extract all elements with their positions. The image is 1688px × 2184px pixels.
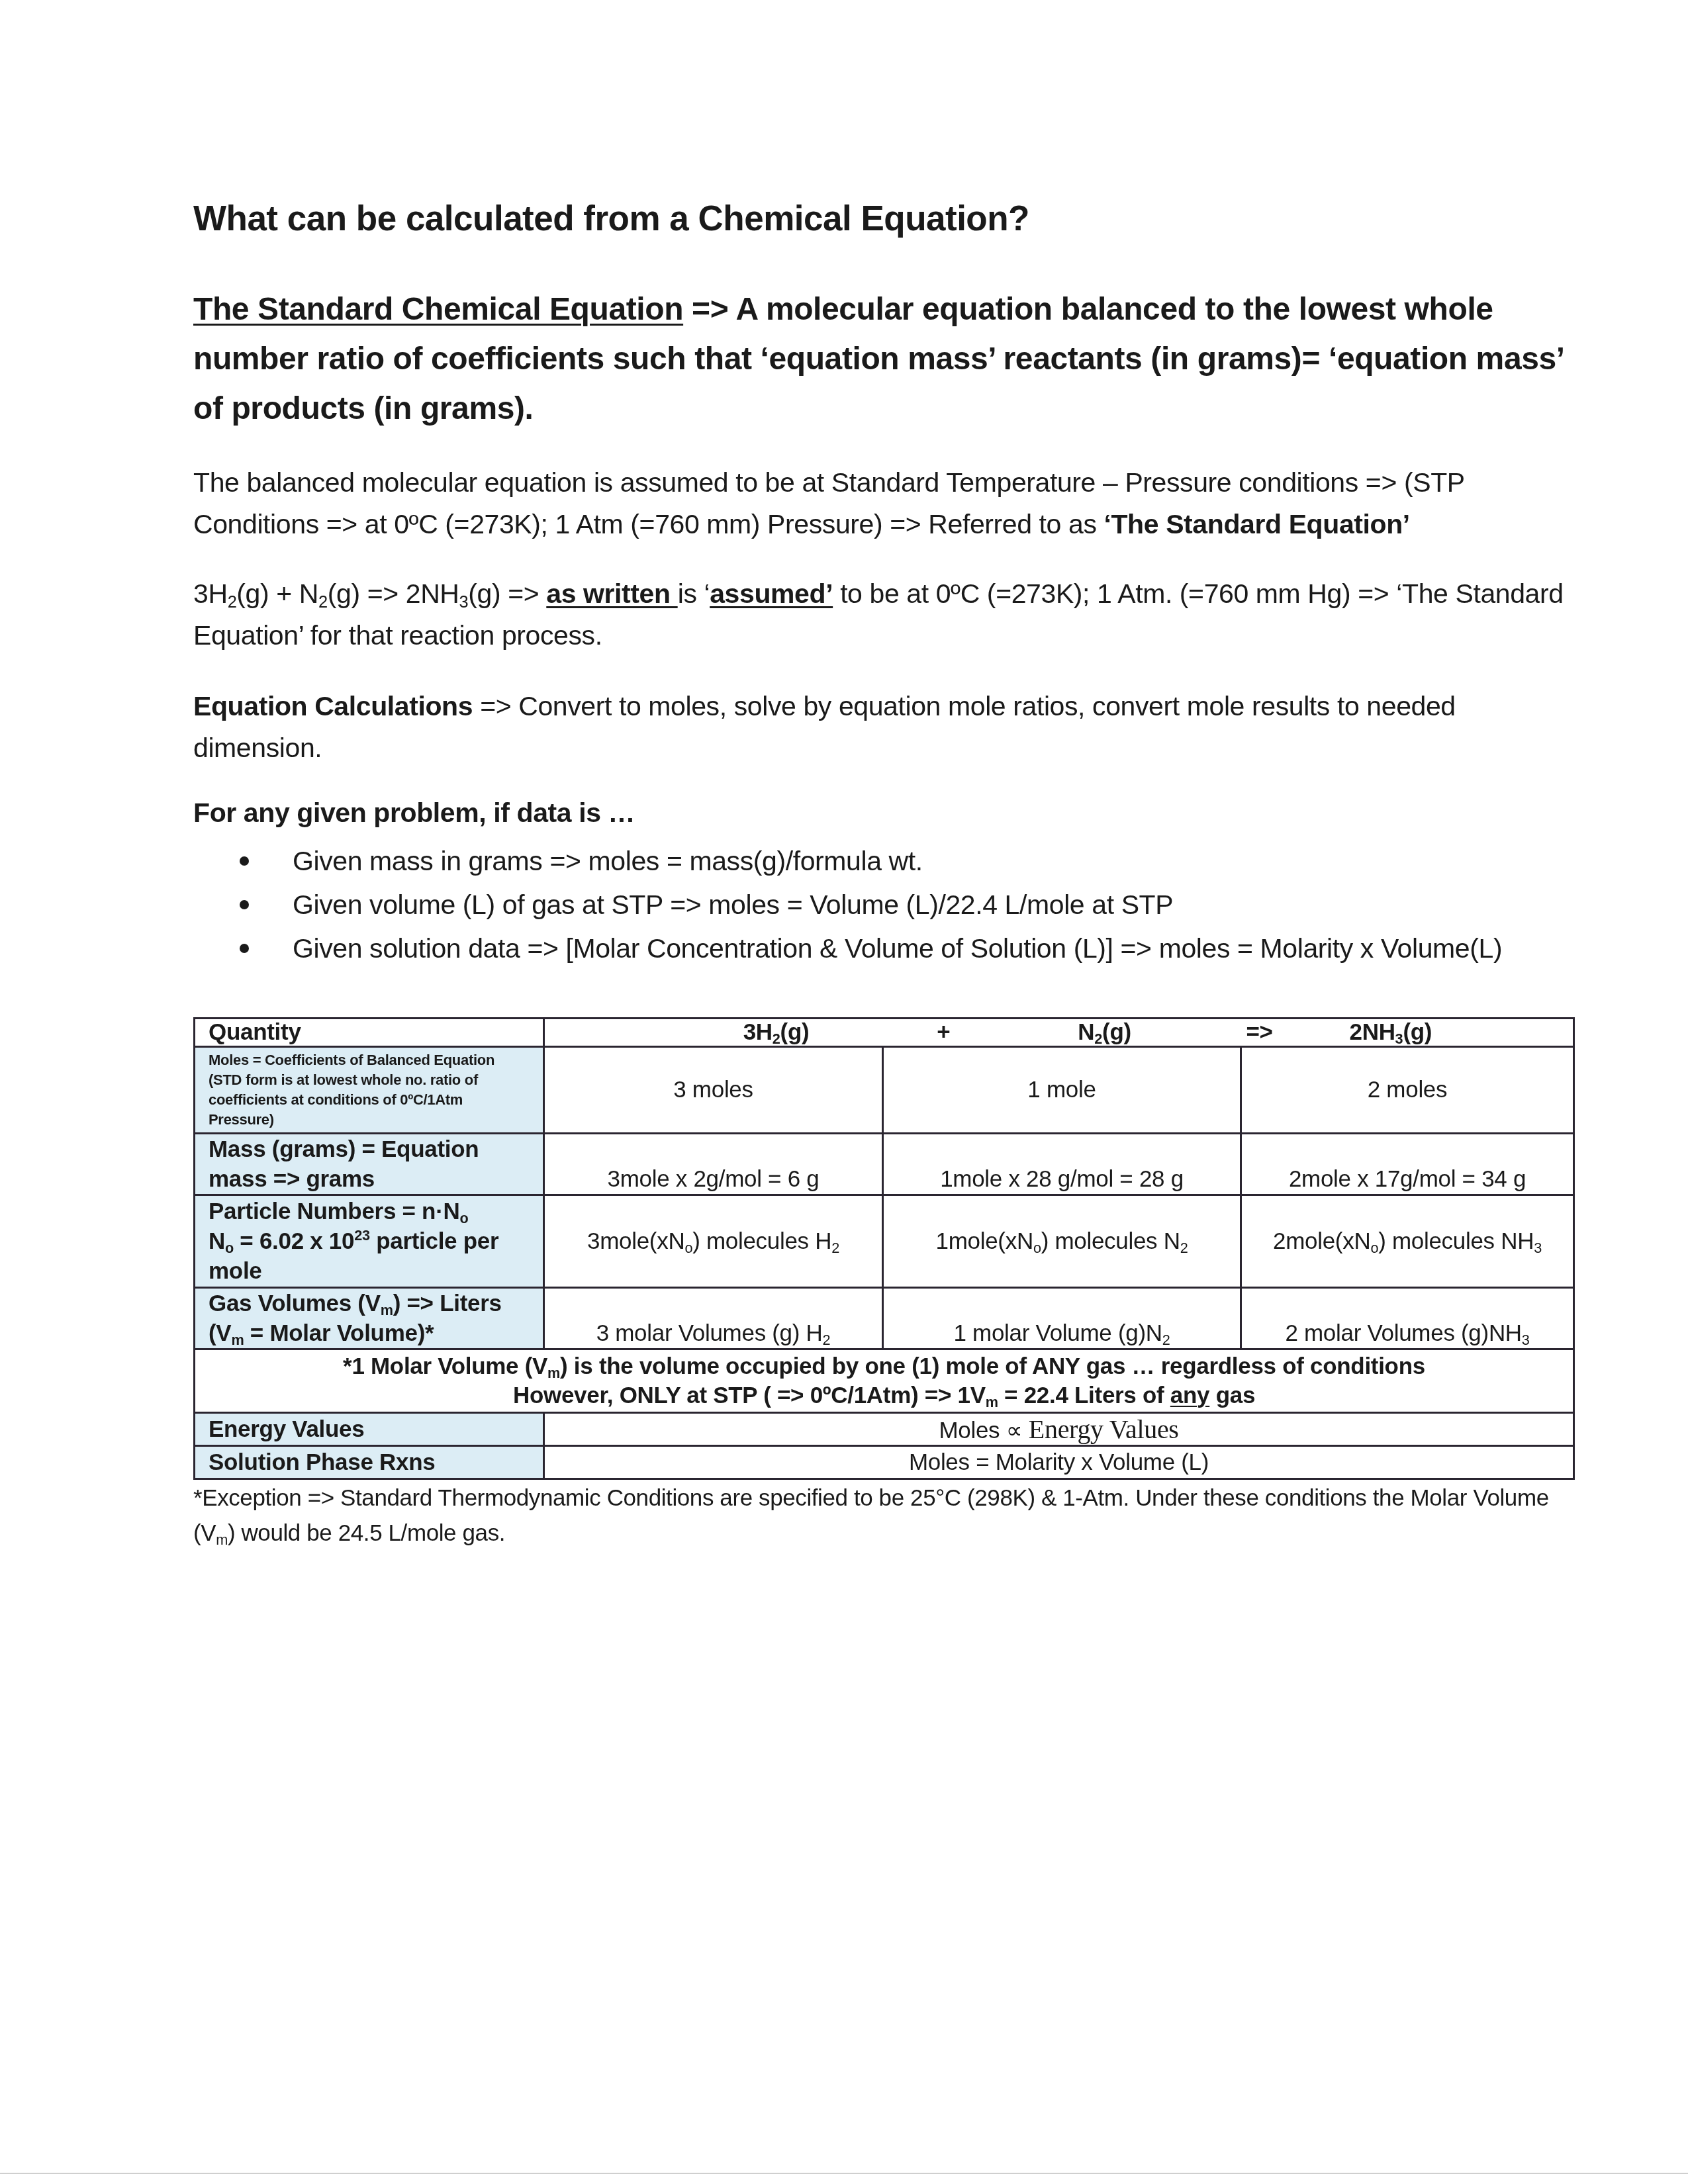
- cell-mass-nh3: 2mole x 17g/mol = 34 g: [1241, 1134, 1574, 1195]
- given-heading: For any given problem, if data is …: [193, 797, 635, 829]
- row-label-solution: Solution Phase Rxns: [195, 1446, 544, 1479]
- row-label-mass: Mass (grams) = Equation mass => grams: [195, 1134, 544, 1195]
- header-plus: +: [937, 1019, 950, 1046]
- cell-solution: Moles = Molarity x Volume (L): [544, 1446, 1574, 1479]
- bullet-icon: [240, 900, 249, 909]
- standard-equation-definition: The Standard Chemical Equation => A mole…: [193, 285, 1583, 433]
- cell-moles-h2: 3 moles: [544, 1047, 883, 1134]
- cell-moles-n2: 1 mole: [883, 1047, 1241, 1134]
- row-label-gas-volumes: Gas Volumes (Vm) => Liters (Vm = Molar V…: [195, 1288, 544, 1349]
- list-item-text: Given volume (L) of gas at STP => moles …: [293, 889, 1173, 920]
- cell-energy: Moles ∝ Energy Values: [544, 1413, 1574, 1446]
- exception-footnote: *Exception => Standard Thermodynamic Con…: [193, 1480, 1583, 1551]
- header-product-nh3: 2NH3(g): [1349, 1019, 1432, 1046]
- stp-paragraph: The balanced molecular equation is assum…: [193, 462, 1583, 545]
- bullet-icon: [240, 856, 249, 866]
- list-item: Given solution data => [Molar Concentrat…: [193, 927, 1502, 970]
- standard-equation-term: The Standard Chemical Equation: [193, 292, 683, 327]
- header-quantity: Quantity: [195, 1019, 544, 1047]
- as-written-emphasis: as written: [546, 578, 677, 609]
- table-row-mass: Mass (grams) = Equation mass => grams 3m…: [195, 1134, 1574, 1195]
- eq-text: (g) =>: [468, 578, 546, 609]
- cell-mass-n2: 1mole x 28 g/mol = 28 g: [883, 1134, 1241, 1195]
- table-row-gas-volumes: Gas Volumes (Vm) => Liters (Vm = Molar V…: [195, 1288, 1574, 1349]
- eq-text: 3H: [193, 578, 228, 609]
- cell-gas-nh3: 2 molar Volumes (g)NH3: [1241, 1288, 1574, 1349]
- list-item-text: Given mass in grams => moles = mass(g)/f…: [293, 846, 923, 876]
- stp-bold-tail: ‘The Standard Equation’: [1103, 509, 1409, 539]
- scan-edge-divider: [0, 2173, 1688, 2174]
- eq-subscript: 2: [318, 593, 328, 612]
- header-equation: 3H2(g) + N2(g) => 2NH3(g): [544, 1019, 1574, 1047]
- cell-particles-h2: 3mole(xNo) molecules H2: [544, 1195, 883, 1288]
- table-row-particles: Particle Numbers = n·NoNo = 6.02 x 1023 …: [195, 1195, 1574, 1288]
- page-title: What can be calculated from a Chemical E…: [193, 199, 1029, 239]
- list-item-text: Given solution data => [Molar Concentrat…: [293, 933, 1502, 964]
- cell-mass-h2: 3mole x 2g/mol = 6 g: [544, 1134, 883, 1195]
- example-paragraph: 3H2(g) + N2(g) => 2NH3(g) => as written …: [193, 573, 1583, 657]
- molar-volume-note: *1 Molar Volume (Vm) is the volume occup…: [195, 1349, 1574, 1413]
- row-label-energy: Energy Values: [195, 1413, 544, 1446]
- eq-text: (g) => 2NH: [328, 578, 459, 609]
- calculations-label: Equation Calculations: [193, 691, 473, 721]
- table-row-solution: Solution Phase Rxns Moles = Molarity x V…: [195, 1446, 1574, 1479]
- list-item: Given volume (L) of gas at STP => moles …: [193, 883, 1502, 927]
- table-row-energy: Energy Values Moles ∝ Energy Values: [195, 1413, 1574, 1446]
- calculations-paragraph: Equation Calculations => Convert to mole…: [193, 686, 1583, 769]
- row-label-moles: Moles = Coefficients of Balanced Equatio…: [195, 1047, 544, 1134]
- cell-gas-n2: 1 molar Volume (g)N2: [883, 1288, 1241, 1349]
- cell-particles-n2: 1mole(xNo) molecules N2: [883, 1195, 1241, 1288]
- eq-subscript: 2: [228, 593, 237, 612]
- list-item: Given mass in grams => moles = mass(g)/f…: [193, 839, 1502, 883]
- table-header-row: Quantity 3H2(g) + N2(g) => 2NH3(g): [195, 1019, 1574, 1047]
- eq-text: is ‘: [678, 578, 710, 609]
- row-label-particles: Particle Numbers = n·NoNo = 6.02 x 1023 …: [195, 1195, 544, 1288]
- table-row-molar-volume-note: *1 Molar Volume (Vm) is the volume occup…: [195, 1349, 1574, 1413]
- cell-gas-h2: 3 molar Volumes (g) H2: [544, 1288, 883, 1349]
- header-reactant-n2: N2(g): [1078, 1019, 1131, 1046]
- quantities-table: Quantity 3H2(g) + N2(g) => 2NH3(g) Moles…: [193, 1017, 1575, 1480]
- eq-text: (g) + N: [236, 578, 318, 609]
- given-list: Given mass in grams => moles = mass(g)/f…: [193, 839, 1502, 970]
- header-arrow: =>: [1246, 1019, 1272, 1046]
- bullet-icon: [240, 944, 249, 953]
- eq-subscript: 3: [459, 593, 469, 612]
- assumed-emphasis: assumed’: [710, 578, 833, 609]
- cell-particles-nh3: 2mole(xNo) molecules NH3: [1241, 1195, 1574, 1288]
- header-reactant-h2: 3H2(g): [743, 1019, 810, 1046]
- table-row-moles: Moles = Coefficients of Balanced Equatio…: [195, 1047, 1574, 1134]
- cell-moles-nh3: 2 moles: [1241, 1047, 1574, 1134]
